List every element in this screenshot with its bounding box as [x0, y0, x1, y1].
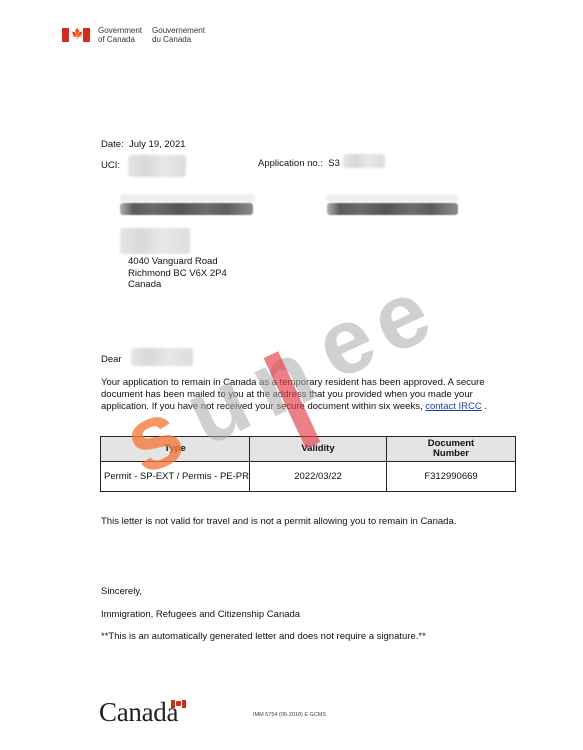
gov-name-fr: Gouvernement du Canada [152, 27, 205, 44]
document-table: Type Validity Document Number Permit - S… [100, 436, 516, 492]
uci-redacted [128, 155, 186, 177]
redacted-fade [326, 194, 458, 202]
contact-ircc-link[interactable]: contact IRCC [425, 401, 482, 412]
approval-paragraph: Your application to remain in Canada as … [101, 377, 511, 414]
recipient-redacted [131, 348, 193, 366]
redacted-fade [120, 194, 255, 202]
recipient-name-redacted [120, 203, 253, 215]
header-type: Type [101, 437, 250, 462]
cell-document-number: F312990669 [387, 462, 516, 492]
application-number: Application no.: S3 [258, 158, 340, 170]
header-document-number: Document Number [387, 437, 516, 462]
auto-generated-note: **This is an automatically generated let… [101, 631, 426, 643]
table-header-row: Type Validity Document Number [101, 437, 516, 462]
letter-date: Date: July 19, 2021 [101, 139, 186, 151]
mailing-address: 4040 Vanguard Road Richmond BC V6X 2P4 C… [128, 256, 227, 291]
application-number-redacted [343, 154, 385, 168]
canada-flag-icon [171, 700, 186, 708]
salutation: Dear [101, 354, 122, 366]
canada-flag-icon: 🍁 [62, 28, 90, 42]
address-line-redacted [120, 228, 190, 254]
form-code: IMM 5754 (06-2018) E GCMS [253, 712, 326, 718]
recipient-name-2-redacted [327, 203, 458, 215]
cell-type: Permit - SP-EXT / Permis - PE-PR [101, 462, 250, 492]
government-of-canada-signature: 🍁 Government of Canada Gouvernement du C… [62, 27, 205, 44]
uci-label: UCI: [101, 160, 120, 172]
watermark-letter-e: e [355, 259, 446, 376]
validity-notice: This letter is not valid for travel and … [101, 516, 456, 528]
closing: Sincerely, [101, 586, 142, 598]
table-row: Permit - SP-EXT / Permis - PE-PR 2022/03… [101, 462, 516, 492]
gov-name-en: Government of Canada [98, 27, 142, 44]
canada-wordmark: Canada [99, 697, 178, 728]
signatory: Immigration, Refugees and Citizenship Ca… [101, 609, 300, 621]
header-validity: Validity [250, 437, 387, 462]
cell-validity: 2022/03/22 [250, 462, 387, 492]
